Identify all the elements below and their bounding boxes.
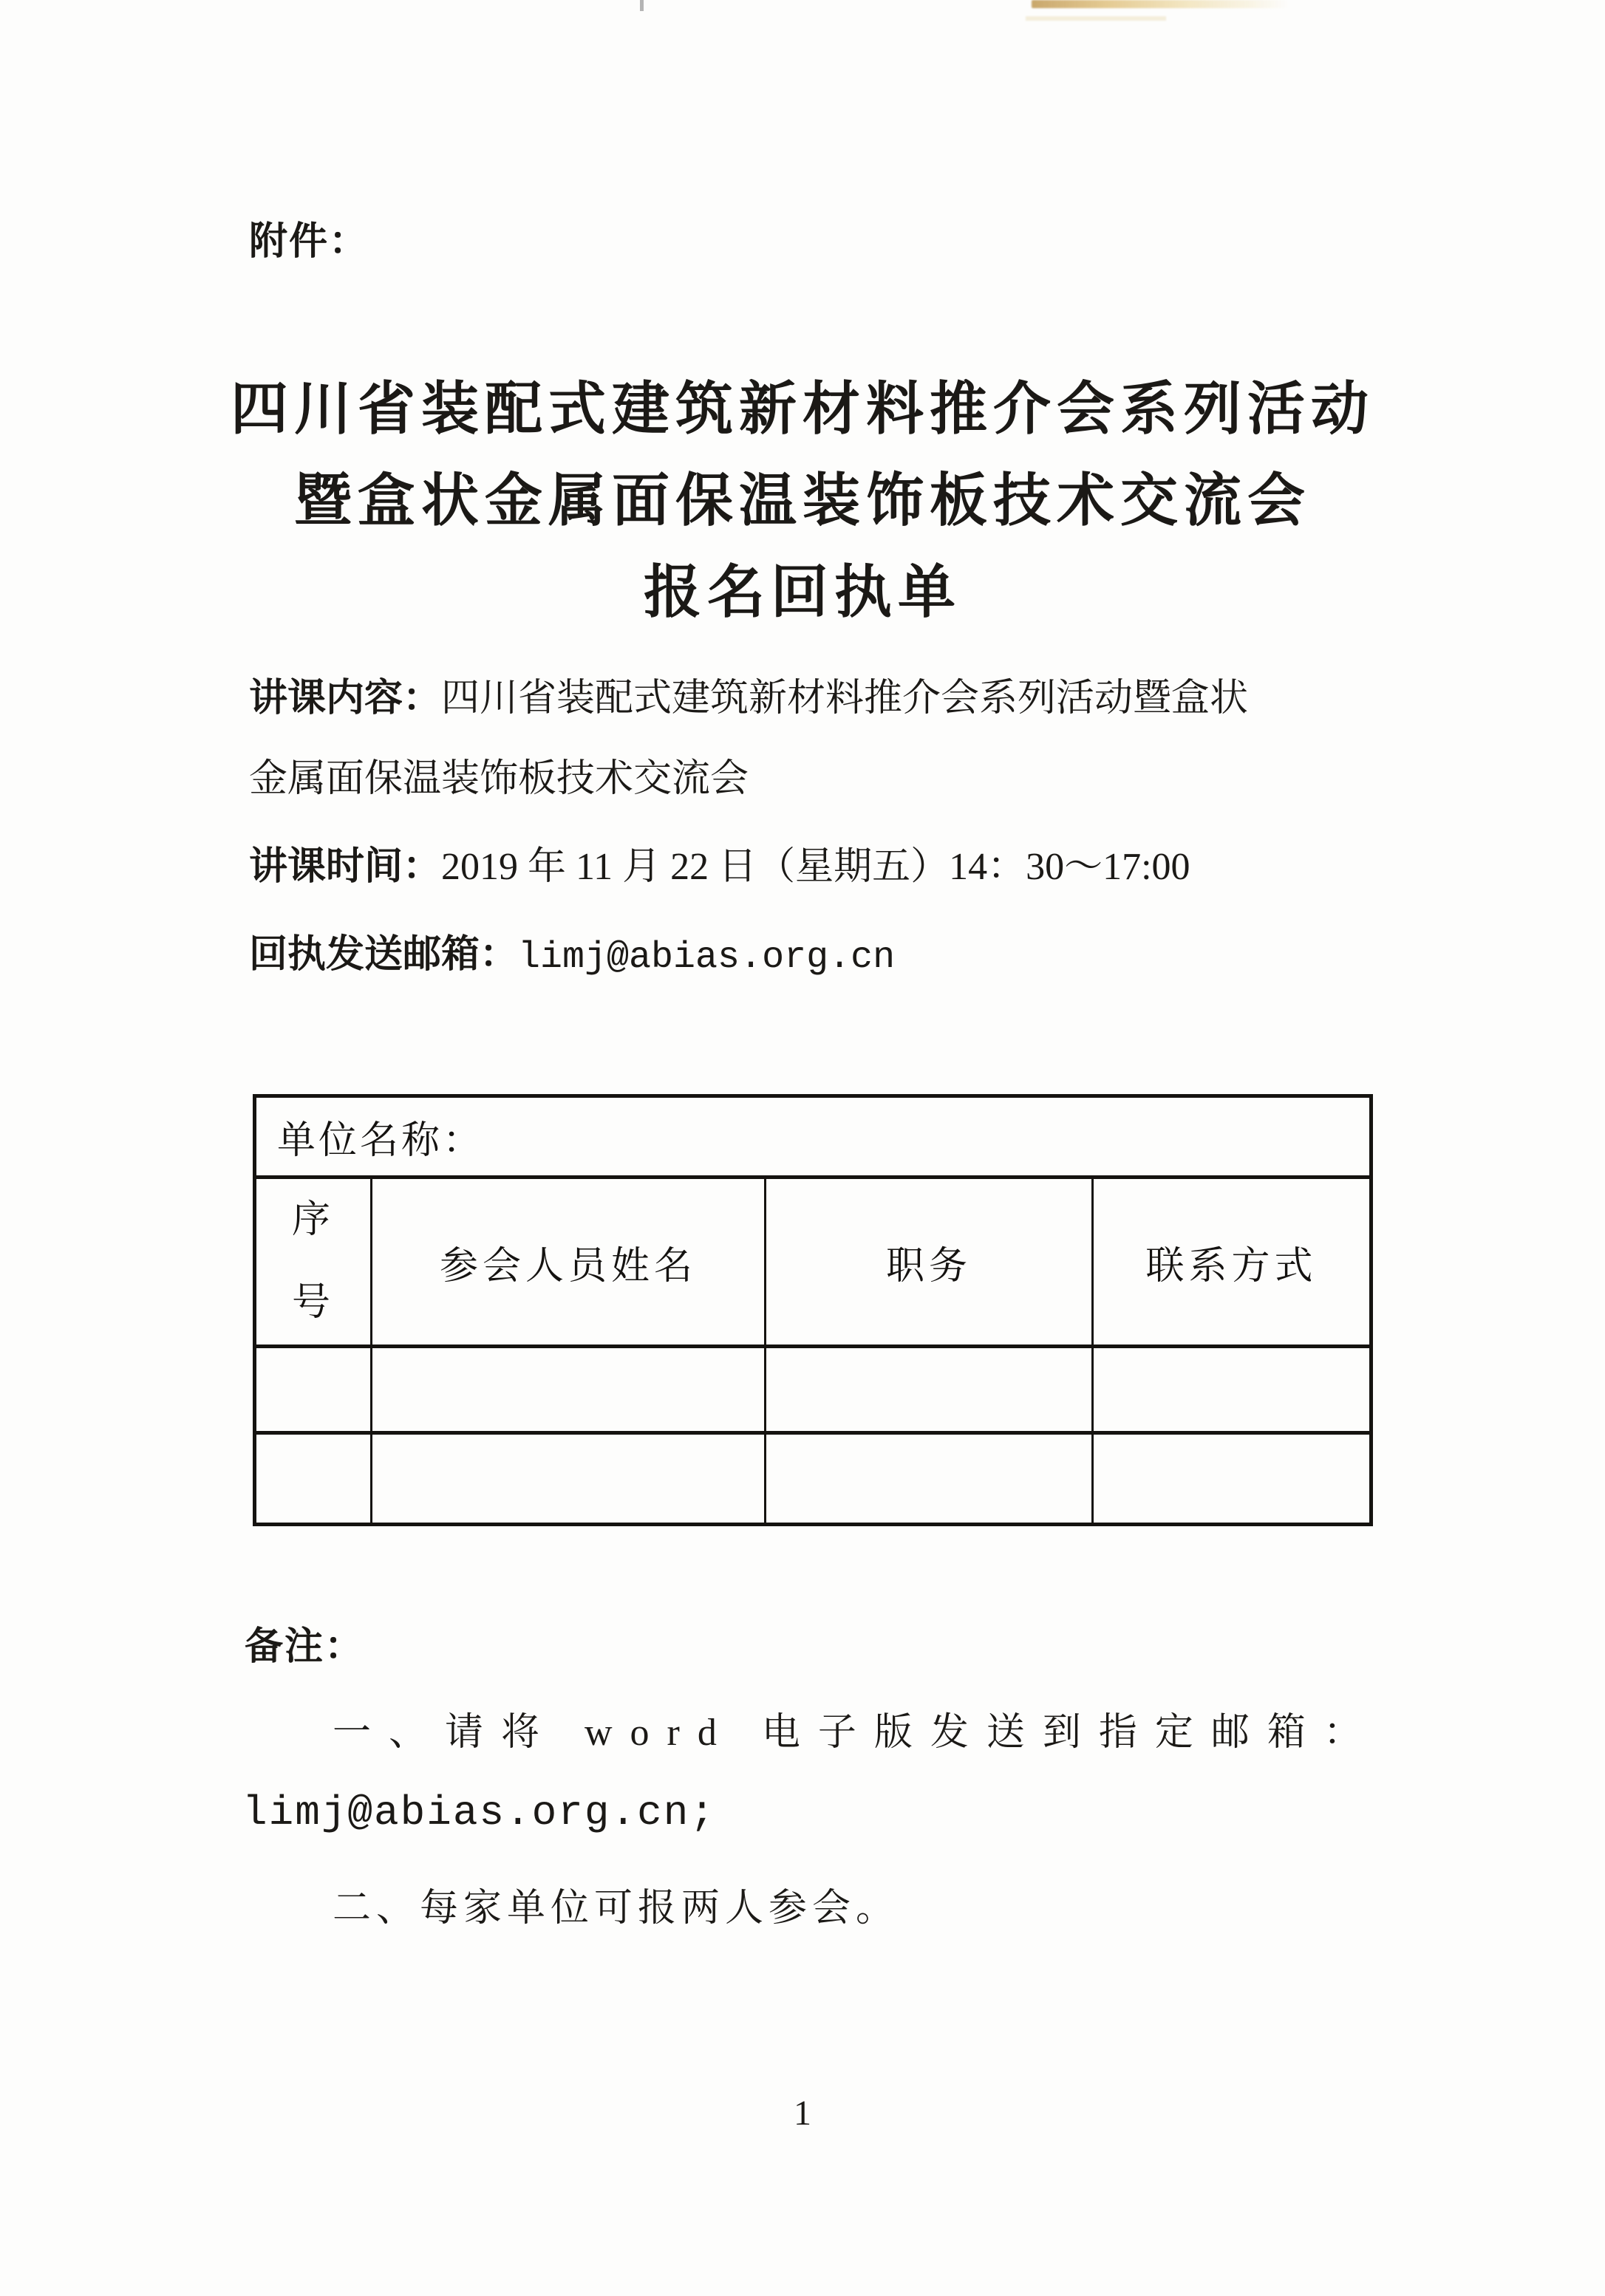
table-cell-empty bbox=[766, 1347, 1093, 1433]
unit-name-cell: 单位名称： bbox=[255, 1096, 1371, 1178]
table-cell-empty bbox=[1093, 1347, 1371, 1433]
lecture-time-value: 2019 年 11 月 22 日（星期五）14：30～17:00 bbox=[441, 846, 1190, 888]
lecture-time-line: 讲课时间：2019 年 11 月 22 日（星期五）14：30～17:00 bbox=[249, 842, 1190, 892]
header-serial-number: 序号 bbox=[255, 1178, 372, 1347]
lecture-content-line-1: 讲课内容：四川省装配式建筑新材料推介会系列活动暨盒状 bbox=[249, 674, 1248, 724]
header-position: 职务 bbox=[766, 1178, 1093, 1347]
table-row bbox=[255, 1433, 1371, 1525]
table-cell-empty bbox=[372, 1433, 766, 1525]
note-item-2: 二、每家单位可报两人参会。 bbox=[333, 1876, 899, 1932]
reply-email-label: 回执发送邮箱： bbox=[249, 934, 518, 976]
scan-smudge-faint bbox=[1026, 16, 1166, 21]
scan-speck bbox=[640, 0, 644, 11]
table-row bbox=[255, 1347, 1371, 1433]
title-line-3: 报名回执单 bbox=[0, 547, 1605, 638]
table-cell-empty bbox=[255, 1433, 372, 1525]
notes-label: 备注： bbox=[245, 1615, 364, 1670]
document-title: 四川省装配式建筑新材料推介会系列活动 暨盒状金属面保温装饰板技术交流会 报名回执… bbox=[0, 363, 1605, 638]
page-number: 1 bbox=[0, 2093, 1605, 2133]
unit-name-row: 单位名称： bbox=[255, 1096, 1371, 1178]
header-attendee-name: 参会人员姓名 bbox=[372, 1178, 766, 1347]
lecture-time-label: 讲课时间： bbox=[249, 846, 441, 888]
note-item-1-email: limj@abias.org.cn; bbox=[242, 1789, 716, 1837]
title-line-1: 四川省装配式建筑新材料推介会系列活动 bbox=[0, 363, 1605, 455]
table-header-row: 序号 参会人员姓名 职务 联系方式 bbox=[255, 1178, 1371, 1347]
lecture-content-text: 四川省装配式建筑新材料推介会系列活动暨盒状 bbox=[441, 677, 1248, 720]
lecture-content-label: 讲课内容： bbox=[249, 677, 441, 720]
table-cell-empty bbox=[1093, 1433, 1371, 1525]
registration-table: 单位名称： 序号 参会人员姓名 职务 联系方式 bbox=[253, 1094, 1373, 1526]
title-line-2: 暨盒状金属面保温装饰板技术交流会 bbox=[0, 455, 1605, 547]
reply-email-line: 回执发送邮箱：limj@abias.org.cn bbox=[249, 930, 895, 982]
scanned-document-page: { "document": { "attachment_label": "附件：… bbox=[0, 0, 1605, 2296]
reply-email-value: limj@abias.org.cn bbox=[518, 937, 895, 979]
note-item-1-line-1: 一、请将 word 电子版发送到指定邮箱： bbox=[333, 1701, 1380, 1756]
scan-smudge-band bbox=[1032, 0, 1289, 8]
table-cell-empty bbox=[766, 1433, 1093, 1525]
table-cell-empty bbox=[372, 1347, 766, 1433]
table-cell-empty bbox=[255, 1347, 372, 1433]
lecture-content-line-2: 金属面保温装饰板技术交流会 bbox=[249, 754, 749, 804]
attachment-label: 附件： bbox=[249, 210, 369, 265]
header-contact: 联系方式 bbox=[1093, 1178, 1371, 1347]
